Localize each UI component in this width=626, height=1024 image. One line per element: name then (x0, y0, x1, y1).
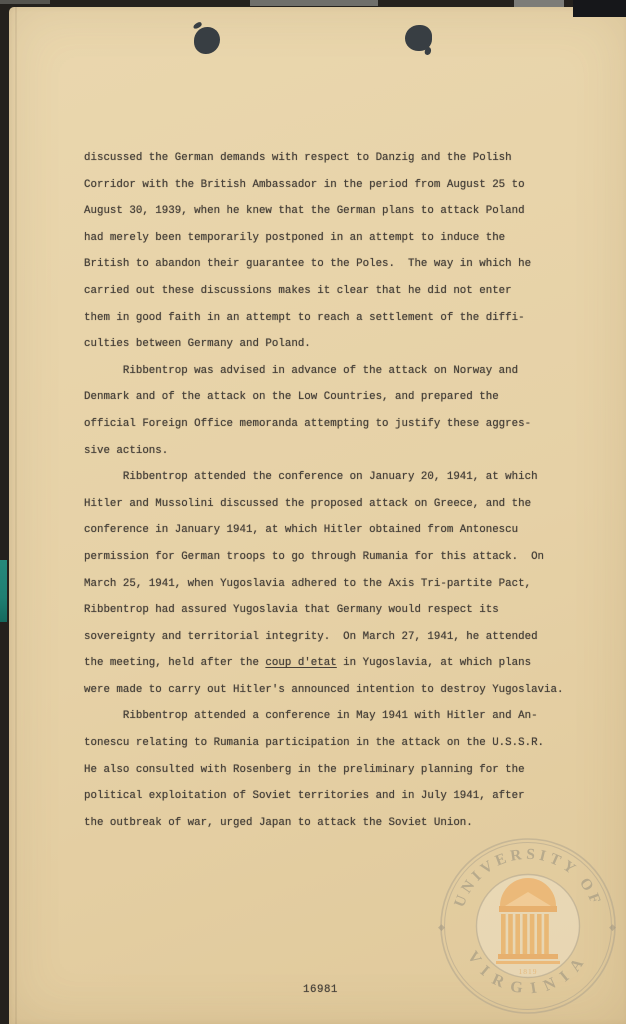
text-line: Ribbentrop attended a conference in May … (84, 703, 594, 730)
text-line: them in good faith in an attempt to reac… (84, 305, 594, 332)
text-line: March 25, 1941, when Yugoslavia adhered … (84, 571, 594, 598)
text-line: Corridor with the British Ambassador in … (84, 172, 594, 199)
text-line: Ribbentrop had assured Yugoslavia that G… (84, 597, 594, 624)
text-line: discussed the German demands with respec… (84, 145, 594, 172)
text-line: had merely been temporarily postponed in… (84, 225, 594, 252)
punch-hole (194, 27, 220, 54)
text-line: British to abandon their guarantee to th… (84, 251, 594, 278)
scan-artifact (250, 0, 378, 6)
text-line: conference in January 1941, at which Hit… (84, 517, 594, 544)
text-line: carried out these discussions makes it c… (84, 278, 594, 305)
scanned-page: discussed the German demands with respec… (9, 7, 626, 1024)
text-line: Denmark and of the attack on the Low Cou… (84, 384, 594, 411)
punch-hole (405, 25, 432, 51)
document-text: discussed the German demands with respec… (84, 145, 594, 836)
text-line: official Foreign Office memoranda attemp… (84, 411, 594, 438)
text-line: sovereignty and territorial integrity. O… (84, 624, 594, 651)
text-line: permission for German troops to go throu… (84, 544, 594, 571)
scan-artifact (0, 0, 50, 4)
text-line: were made to carry out Hitler's announce… (84, 677, 594, 704)
text-line: tonescu relating to Rumania participatio… (84, 730, 594, 757)
text-line: He also consulted with Rosenberg in the … (84, 757, 594, 784)
page-number: 16981 (303, 984, 338, 996)
text-line: Ribbentrop attended the conference on Ja… (84, 464, 594, 491)
scan-artifact-dark (573, 0, 626, 17)
text-line: August 30, 1939, when he knew that the G… (84, 198, 594, 225)
text-line: the outbreak of war, urged Japan to atta… (84, 810, 594, 837)
text-line: sive actions. (84, 438, 594, 465)
scan-artifact (514, 0, 564, 7)
scan-background: discussed the German demands with respec… (0, 0, 626, 1024)
text-line: culties between Germany and Poland. (84, 331, 594, 358)
text-line: the meeting, held after the coup d'etat … (84, 650, 594, 677)
text-line: Ribbentrop was advised in advance of the… (84, 358, 594, 385)
text-line: Hitler and Mussolini discussed the propo… (84, 491, 594, 518)
teal-tab (0, 560, 7, 622)
text-line: political exploitation of Soviet territo… (84, 783, 594, 810)
